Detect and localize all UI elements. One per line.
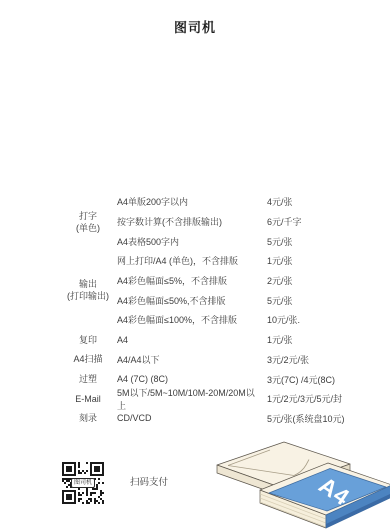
price-cell: 2元/张 [267, 274, 349, 287]
category-label: 复印 [59, 330, 117, 350]
price-cell: 5元/张(系统盘10元) [267, 412, 349, 425]
price-cell: 5元/张 [267, 294, 349, 307]
price-row: A4单版200字以内4元/张 [117, 192, 349, 212]
price-group: E-Mail5M以下/5M~10M/10M-20M/20M以上1元/2元/3元/… [59, 389, 349, 409]
price-list-page: 图司机 打字(单色)A4单版200字以内4元/张按字数计算(不含排版输出)6元/… [0, 0, 390, 529]
price-row: A4表格500字内5元/张 [117, 231, 349, 251]
price-row: 网上打印/A4 (单色)，不含排版1元/张 [117, 251, 349, 271]
category-label: 输出(打印输出) [59, 251, 117, 330]
item-cell: CD/VCD [117, 413, 267, 423]
item-cell: A4 [117, 335, 267, 345]
price-row: 按字数计算(不含排版输出)6元/千字 [117, 212, 349, 232]
price-cell: 1元/张 [267, 333, 349, 346]
price-row: CD/VCD5元/张(系统盘10元) [117, 409, 349, 429]
price-group: 输出(打印输出)网上打印/A4 (单色)，不含排版1元/张A4彩色幅面≤5%，不… [59, 251, 349, 330]
item-cell: A4单版200字以内 [117, 195, 267, 208]
price-cell: 3元/2元/张 [267, 353, 349, 366]
category-label: 打字(单色) [59, 192, 117, 251]
price-cell: 5元/张 [267, 235, 349, 248]
category-label: A4扫描 [59, 350, 117, 370]
price-cell: 1元/张 [267, 254, 349, 267]
price-row: A4彩色幅面≤100%，不含排版10元/张. [117, 310, 349, 330]
price-cell: 3元(7C) /4元(8C) [267, 373, 349, 386]
category-label: 过塑 [59, 369, 117, 389]
item-cell: A4/A4以下 [117, 353, 267, 366]
item-cell: A4彩色幅面≤5%，不含排版 [117, 274, 267, 287]
price-row: A41元/张 [117, 330, 349, 350]
item-cell: 网上打印/A4 (单色)，不含排版 [117, 254, 267, 267]
price-cell: 1元/2元/3元/5元/封 [267, 392, 349, 405]
item-cell: 按字数计算(不含排版输出) [117, 215, 267, 228]
price-group: A4扫描A4/A4以下3元/2元/张 [59, 350, 349, 370]
price-cell: 10元/张. [267, 313, 349, 326]
paper-ream-illustration: A4 [214, 437, 390, 529]
qr-center-label: 图司机 [71, 478, 95, 488]
payment-qr: 图司机 [62, 462, 104, 504]
price-row: A4/A4以下3元/2元/张 [117, 350, 349, 370]
price-table: 打字(单色)A4单版200字以内4元/张按字数计算(不含排版输出)6元/千字A4… [59, 192, 349, 428]
category-label: E-Mail [59, 389, 117, 409]
item-cell: A4彩色幅面≤100%，不含排版 [117, 313, 267, 326]
price-row: A4彩色幅面≤5%，不含排版2元/张 [117, 271, 349, 291]
price-cell: 6元/千字 [267, 215, 349, 228]
item-cell: A4 (7C) (8C) [117, 374, 267, 384]
item-cell: A4表格500字内 [117, 235, 267, 248]
page-title: 图司机 [0, 17, 390, 36]
price-group: 复印A41元/张 [59, 330, 349, 350]
item-cell: A4彩色幅面≤50%,不含排版 [117, 294, 267, 307]
price-group: 打字(单色)A4单版200字以内4元/张按字数计算(不含排版输出)6元/千字A4… [59, 192, 349, 251]
price-row: 5M以下/5M~10M/10M-20M/20M以上1元/2元/3元/5元/封 [117, 389, 349, 409]
price-row: A4彩色幅面≤50%,不含排版5元/张 [117, 290, 349, 310]
category-label: 刻录 [59, 409, 117, 429]
price-group: 刻录CD/VCD5元/张(系统盘10元) [59, 409, 349, 429]
scan-to-pay-caption: 扫码支付 [130, 477, 168, 489]
price-cell: 4元/张 [267, 195, 349, 208]
